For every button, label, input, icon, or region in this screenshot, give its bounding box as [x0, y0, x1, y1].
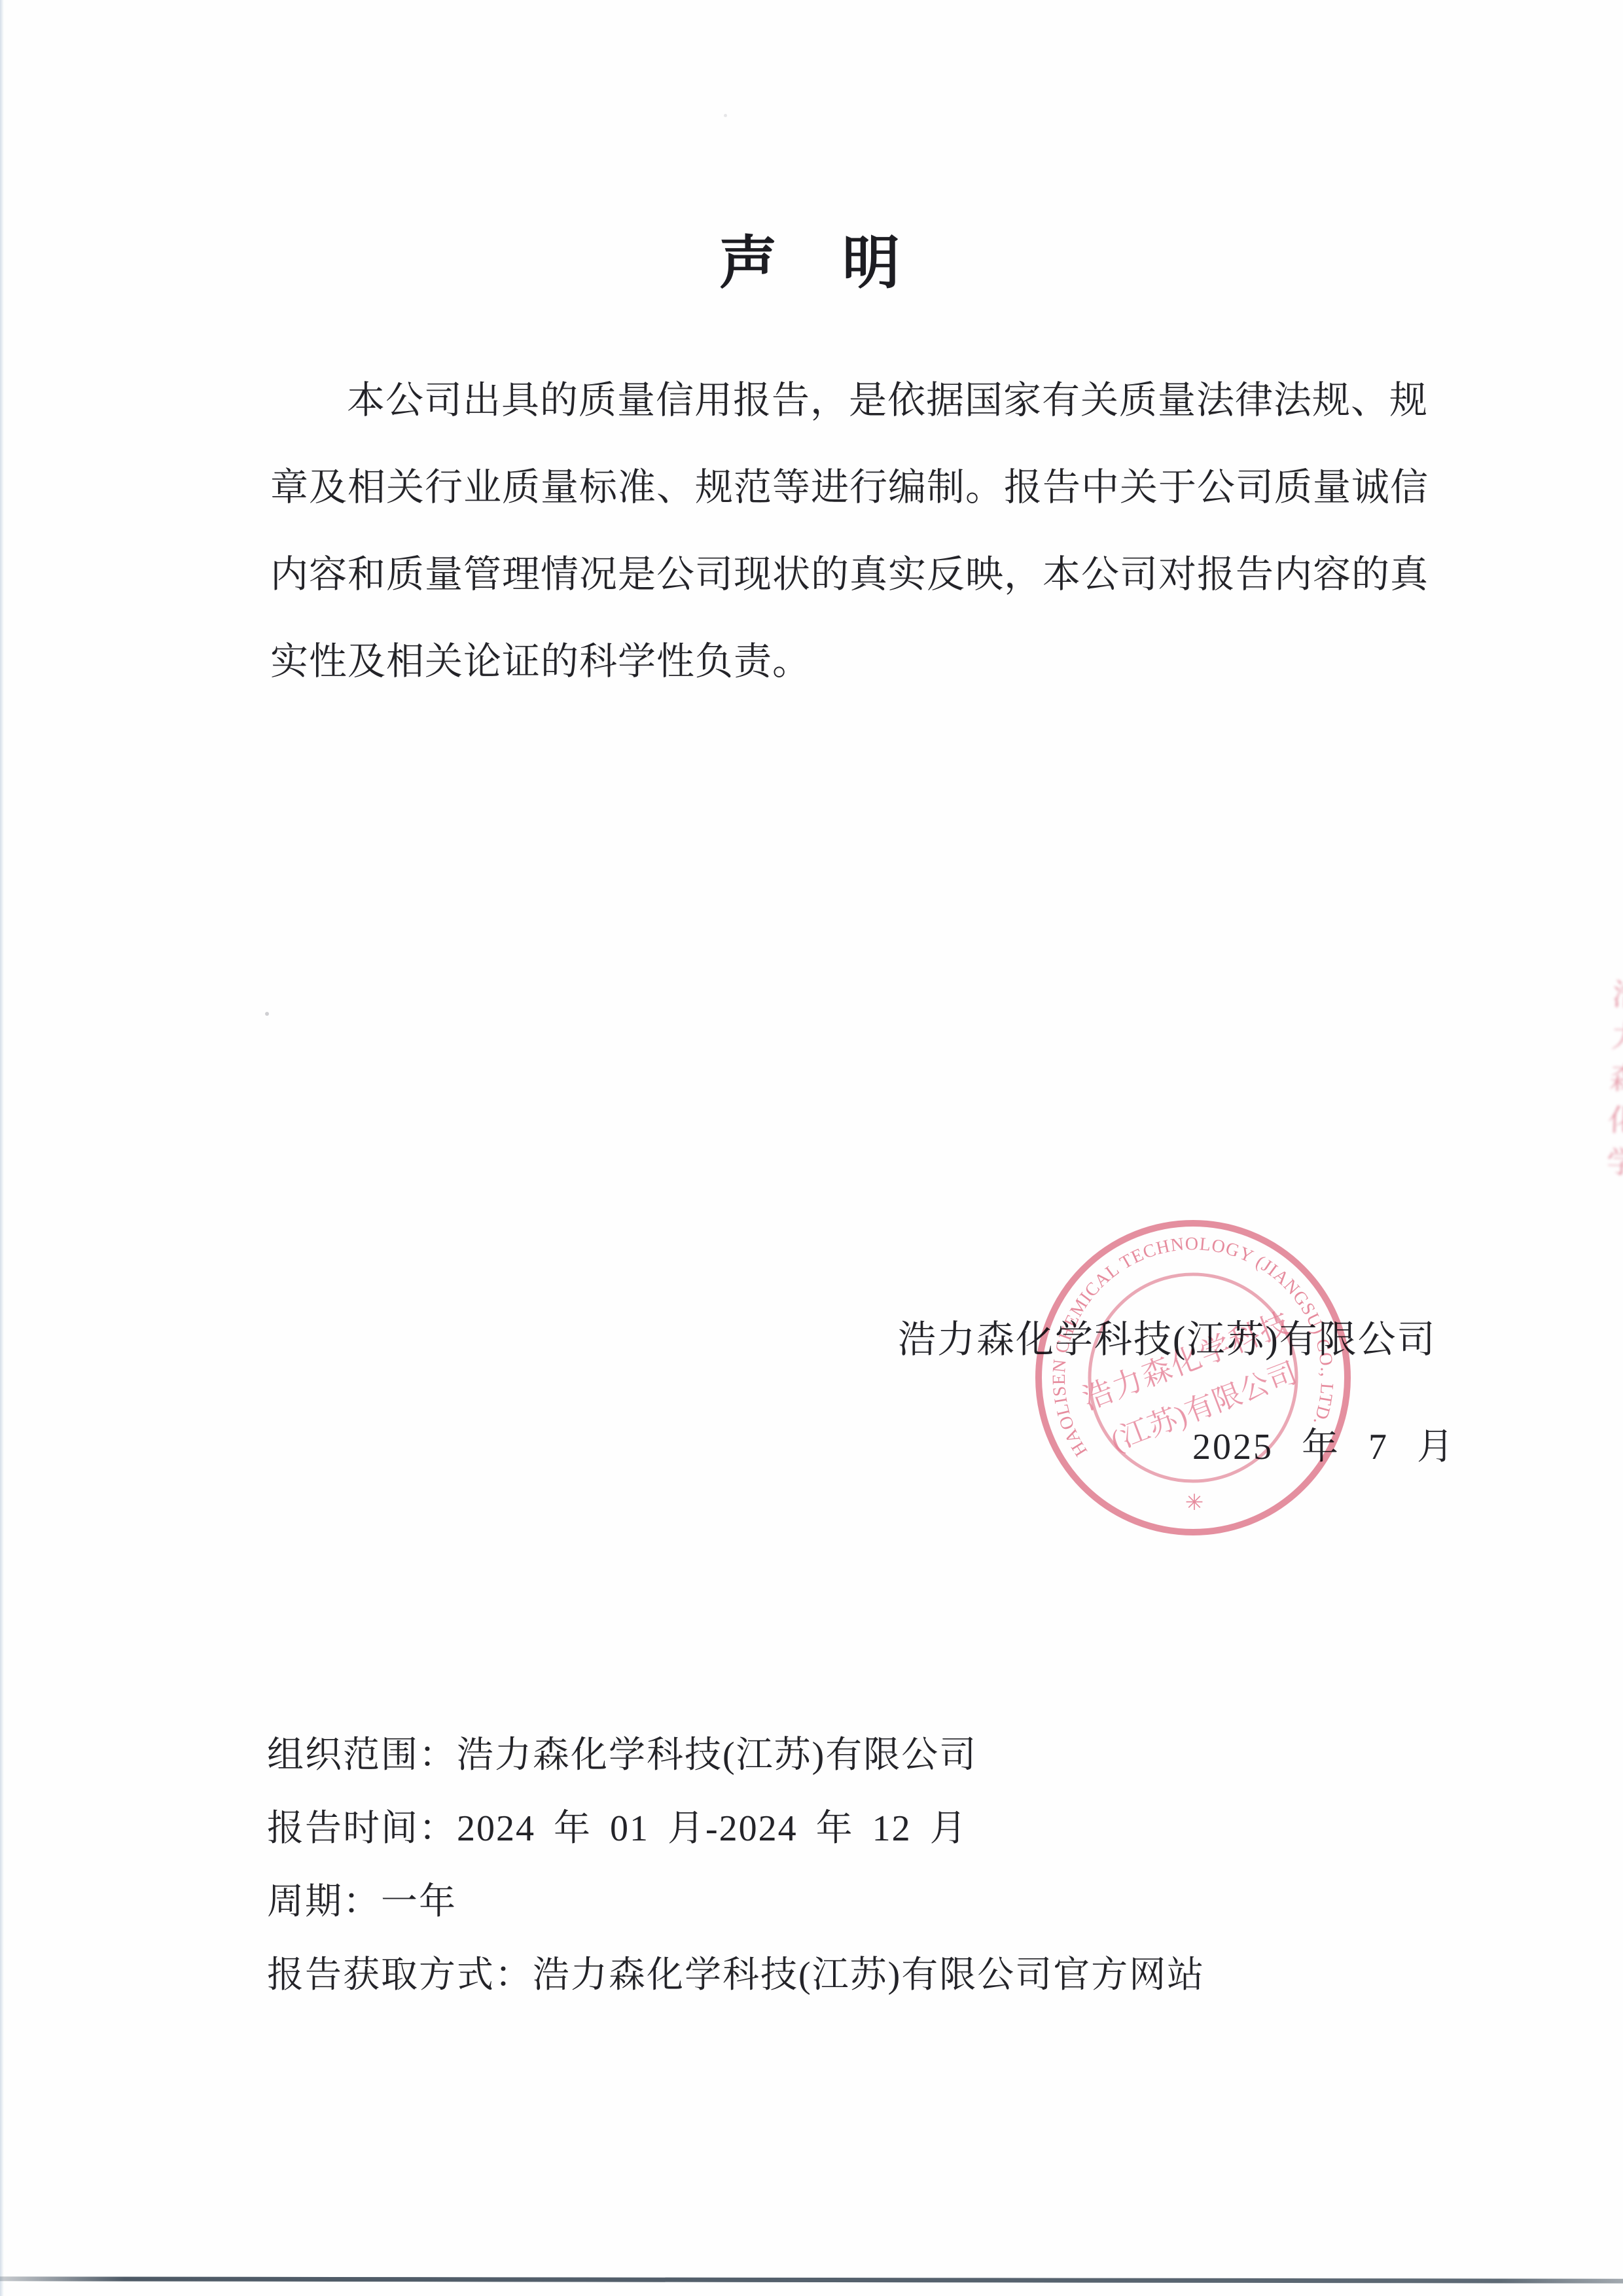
seal-star-icon: ✳ — [1185, 1491, 1204, 1515]
seal-outer-ring — [1039, 1223, 1347, 1532]
declaration-page: 声 明 本公司出具的质量信用报告，是依据国家有关质量法律法规、规 章及相关行业质… — [0, 0, 1623, 2296]
scan-bottom-edge-artifact — [0, 2276, 1623, 2283]
declaration-paragraph: 本公司出具的质量信用报告，是依据国家有关质量法律法规、规 章及相关行业质量标准、… — [270, 357, 1422, 705]
edge-stamp-fragment: 浩力森化学 — [1598, 978, 1623, 1274]
scan-left-edge-artifact — [0, 0, 4, 2296]
scan-speck — [724, 114, 727, 117]
paragraph-line: 内容和质量管理情况是公司现状的真实反映，本公司对报告内容的真 — [270, 531, 1422, 618]
company-seal-stamp: HAOLISEN CHEMICAL TECHNOLOGY (JIANGSU) C… — [1029, 1214, 1357, 1541]
metadata-access-line: 报告获取方式：浩力森化学科技(江苏)有限公司官方网站 — [267, 1939, 1510, 2012]
paragraph-line: 章及相关行业质量标准、规范等进行编制。报告中关于公司质量诚信 — [270, 444, 1422, 531]
scan-speck — [265, 1012, 269, 1016]
paragraph-line: 本公司出具的质量信用报告，是依据国家有关质量法律法规、规 — [270, 357, 1422, 444]
report-metadata: 组织范围：浩力森化学科技(江苏)有限公司 报告时间：2024 年 01 月-20… — [267, 1719, 1510, 2012]
metadata-period-line: 报告时间：2024 年 01 月-2024 年 12 月 — [267, 1792, 1510, 1865]
metadata-cycle-line: 周期：一年 — [267, 1865, 1510, 1939]
metadata-scope-line: 组织范围：浩力森化学科技(江苏)有限公司 — [267, 1719, 1510, 1792]
paragraph-line: 实性及相关论证的科学性负责。 — [270, 618, 1422, 705]
page-title: 声 明 — [0, 217, 1623, 300]
